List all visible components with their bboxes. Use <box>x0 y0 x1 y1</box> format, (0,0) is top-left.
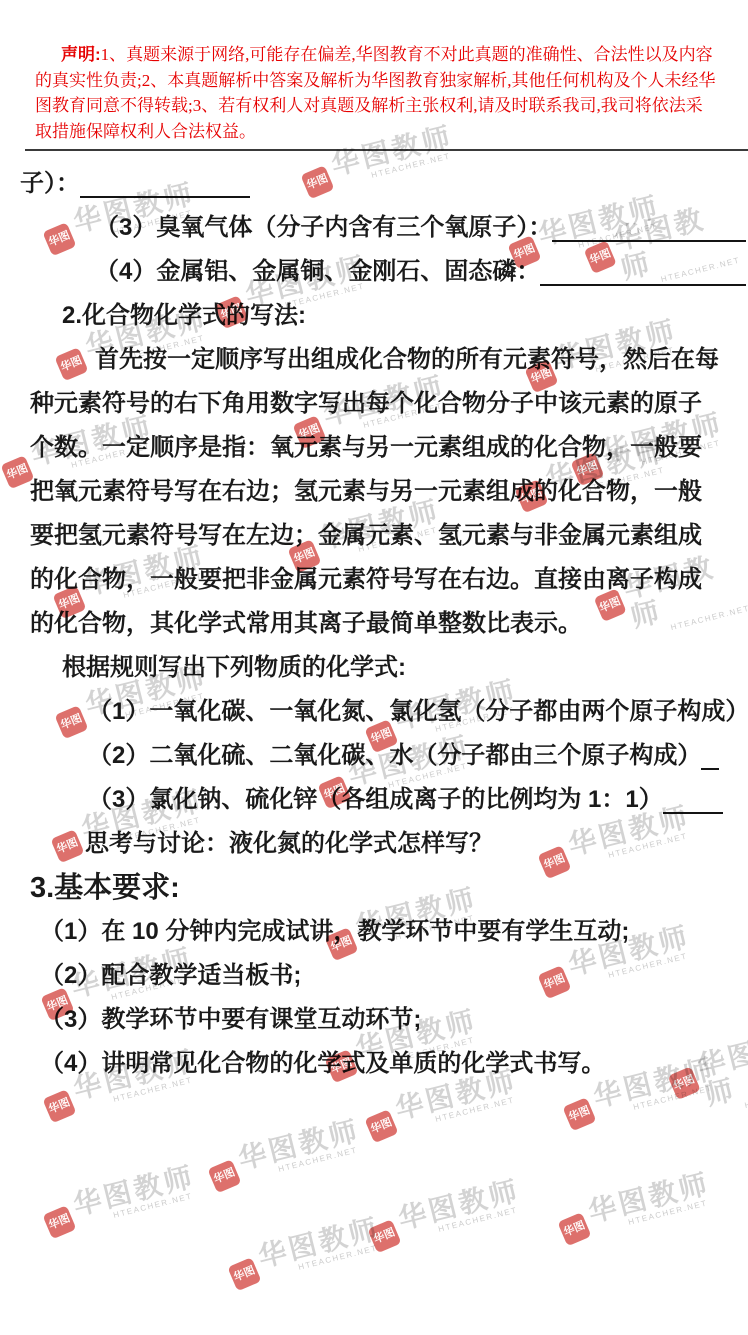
watermark: 华图华图教师HTEACHER.NET <box>205 1116 365 1192</box>
huatu-logo-icon: 华图 <box>207 1159 241 1193</box>
text-run: 个数。一定顺序是指：氧元素与另一元素组成的化合物，一般要 <box>30 426 702 470</box>
text-line: （4）讲明常见化合物的化学式及单质的化学式书写。 <box>0 1042 748 1086</box>
text-run: 2.化合物化学式的写法: <box>62 294 306 338</box>
disclaimer-line: 取措施保障权利人合法权益。 <box>35 119 747 145</box>
text-run: （4）讲明常见化合物的化学式及单质的化学式书写。 <box>40 1042 605 1086</box>
huatu-logo-icon: 华图 <box>562 1097 596 1131</box>
text-run: （1）在 10 分钟内完成试讲，教学环节中要有学生互动; <box>40 910 629 954</box>
separator-line <box>25 149 748 151</box>
watermark: 华图华图教师HTEACHER.NET <box>225 1214 385 1290</box>
text-line: （3）教学环节中要有课堂互动环节; <box>0 998 748 1042</box>
watermark-text: 华图教师 <box>70 1162 198 1221</box>
disclaimer-line: 图教育同意不得转载;3、若有权利人对真题及解析主张权利,请及时联系我司,我司将依… <box>35 93 747 119</box>
watermark-caption: HTEACHER.NET <box>434 1094 522 1124</box>
text-line: 根据规则写出下列物质的化学式: <box>0 646 748 690</box>
disclaimer-label: 声明: <box>61 45 101 64</box>
text-line: 的化合物，一般要把非金属元素符号写在右边。直接由离子构成 <box>0 558 748 602</box>
text-run: （3）教学环节中要有课堂互动环节; <box>40 998 421 1042</box>
answer-blank <box>540 250 746 286</box>
text-run: 根据规则写出下列物质的化学式: <box>62 646 406 690</box>
document-page: 声明:1、真题来源于网络,可能存在偏差,华图教育不对此真题的准确性、合法性以及内… <box>0 0 748 1335</box>
watermark: 华图华图教师HTEACHER.NET <box>365 1176 525 1252</box>
watermark-text: 华图教师 <box>235 1116 363 1175</box>
watermark-caption: HTEACHER.NET <box>297 1242 385 1272</box>
text-run: （4）金属铝、金属铜、金刚石、固态磷： <box>95 250 540 294</box>
text-line: 的化合物，其化学式常用其离子最简单整数比表示。 <box>0 602 748 646</box>
huatu-logo-icon: 华图 <box>227 1257 261 1291</box>
text-line: （3）氯化钠、硫化锌（各组成离子的比例均为 1：1） <box>0 778 748 822</box>
huatu-logo-icon: 华图 <box>42 1089 76 1123</box>
text-run: 的化合物，一般要把非金属元素符号写在右边。直接由离子构成 <box>30 558 702 602</box>
answer-blank <box>701 734 719 770</box>
watermark-caption: HTEACHER.NET <box>112 1190 200 1220</box>
disclaimer-block: 声明:1、真题来源于网络,可能存在偏差,华图教育不对此真题的准确性、合法性以及内… <box>35 42 747 144</box>
watermark: 华图华图教师HTEACHER.NET <box>40 1162 200 1238</box>
text-line: 要把氢元素符号写在左边；金属元素、氢元素与非金属元素组成 <box>0 514 748 558</box>
huatu-logo-icon: 华图 <box>364 1109 398 1143</box>
text-run: 子）： <box>20 162 80 206</box>
text-line: （2）二氧化硫、二氧化碳、水（分子都由三个原子构成） <box>0 734 748 778</box>
disclaimer-line: 声明:1、真题来源于网络,可能存在偏差,华图教育不对此真题的准确性、合法性以及内… <box>35 42 747 68</box>
text-run: 把氧元素符号写在右边；氢元素与另一元素组成的化合物，一般 <box>30 470 702 514</box>
text-line: （4）金属铝、金属铜、金刚石、固态磷： <box>0 250 748 294</box>
watermark-text: 华图教师 <box>585 1169 713 1228</box>
watermark-text: 华图教师 <box>395 1176 523 1235</box>
section-heading: 3.基本要求: <box>0 866 748 910</box>
text-run: （3）臭氧气体（分子内含有三个氧原子）： <box>95 206 552 250</box>
text-line: 个数。一定顺序是指：氧元素与另一元素组成的化合物，一般要 <box>0 426 748 470</box>
text-run: 要把氢元素符号写在左边；金属元素、氢元素与非金属元素组成 <box>30 514 702 558</box>
text-line: （3）臭氧气体（分子内含有三个氧原子）： <box>0 206 748 250</box>
text-run: 种元素符号的右下角用数字写出每个化合物分子中该元素的原子 <box>30 382 702 426</box>
text-run: 3.基本要求: <box>30 866 180 910</box>
huatu-logo-icon: 华图 <box>557 1212 591 1246</box>
watermark-caption: HTEACHER.NET <box>277 1144 365 1174</box>
text-line: （1）一氧化碳、一氧化氮、氯化氢（分子都由两个原子构成） <box>0 690 748 734</box>
text-run: （2）二氧化硫、二氧化碳、水（分子都由三个原子构成） <box>88 734 701 778</box>
text-line: （1）在 10 分钟内完成试讲，教学环节中要有学生互动; <box>0 910 748 954</box>
text-line: 把氧元素符号写在右边；氢元素与另一元素组成的化合物，一般 <box>0 470 748 514</box>
text-run: （3）氯化钠、硫化锌（各组成离子的比例均为 1：1） <box>88 778 663 822</box>
watermark-caption: HTEACHER.NET <box>627 1197 715 1227</box>
watermark-caption: HTEACHER.NET <box>632 1082 720 1112</box>
text-run: （1）一氧化碳、一氧化氮、氯化氢（分子都由两个原子构成） <box>88 690 748 734</box>
text-run: 首先按一定顺序写出组成化合物的所有元素符号，然后在每 <box>95 338 719 382</box>
text-run: 思考与讨论：液化氮的化学式怎样写？ <box>85 822 493 866</box>
watermark-text: 华图教师 <box>255 1214 383 1273</box>
text-line: 种元素符号的右下角用数字写出每个化合物分子中该元素的原子 <box>0 382 748 426</box>
answer-blank <box>663 778 723 814</box>
watermark-caption: HTEACHER.NET <box>437 1204 525 1234</box>
disclaimer-line: 的真实性负责;2、本真题解析中答案及解析为华图教育独家解析,其他任何机构及个人未… <box>35 68 747 94</box>
text-line: 2.化合物化学式的写法: <box>0 294 748 338</box>
watermark: 华图华图教师HTEACHER.NET <box>555 1169 715 1245</box>
huatu-logo-icon: 华图 <box>42 1205 76 1239</box>
text-run: （2）配合教学适当板书; <box>40 954 301 998</box>
huatu-logo-icon: 华图 <box>367 1219 401 1253</box>
text-line: （2）配合教学适当板书; <box>0 954 748 998</box>
document-body: 子）：（3）臭氧气体（分子内含有三个氧原子）：（4）金属铝、金属铜、金刚石、固态… <box>0 162 748 1086</box>
text-line: 子）： <box>0 162 748 206</box>
answer-blank <box>80 162 250 198</box>
text-line: 首先按一定顺序写出组成化合物的所有元素符号，然后在每 <box>0 338 748 382</box>
text-line: 思考与讨论：液化氮的化学式怎样写？ <box>0 822 748 866</box>
text-run: 的化合物，其化学式常用其离子最简单整数比表示。 <box>30 602 582 646</box>
answer-blank <box>552 206 746 242</box>
